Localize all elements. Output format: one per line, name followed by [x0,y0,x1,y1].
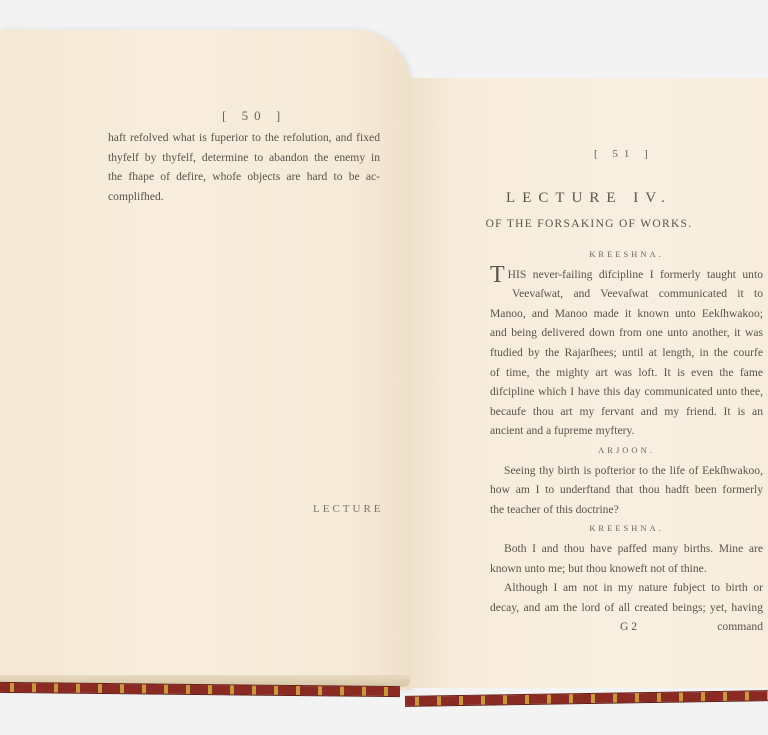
text-line: Veevaſwat, and Veevaſwat communicated it… [490,284,763,304]
paragraph-2: Seeing thy birth is pofterior to the lif… [490,461,763,520]
text-line: the teacher of this doctrine? [490,500,763,520]
speaker-heading: ARJOON. [490,441,763,461]
text-line: Seeing thy birth is pofterior to the lif… [490,461,763,481]
page-footer: G 2 command [490,617,763,637]
text-line: HIS never-failing difcipline I formerly … [490,265,763,285]
paragraph-4: Although I am not in my nature fubject t… [490,578,763,617]
text-line: ancient and a fupreme myftery. [490,421,763,441]
text-line: Although I am not in my nature fubject t… [490,578,763,598]
text-line: of time, the mighty art was loft. It is … [490,363,763,383]
left-catchword: LECTURE [313,503,384,515]
left-page-number: [ 50 ] [222,108,286,124]
text-line: complifhed. [108,187,380,207]
text-line: decay, and am the lord of all created be… [490,598,763,618]
lecture-title: LECTURE IV. [410,190,768,207]
text-line: haft refolved what is fuperior to the re… [108,128,380,148]
paragraph-1: T HIS never-failing difcipline I formerl… [490,265,763,441]
speaker-heading: KREESHNA. [490,245,763,265]
binding-right-cover-edge [405,690,768,707]
text-line: becaufe thou art my fervant and my frien… [490,402,763,422]
right-page-text: KREESHNA. T HIS never-failing difcipline… [490,245,763,637]
text-line: Both I and thou have paffed many births.… [490,539,763,559]
text-line: difcipline which I have this day communi… [490,382,763,402]
right-page-number: [ 51 ] [594,148,654,160]
left-page-text: haft refolved what is fuperior to the re… [108,128,380,206]
paragraph-3: Both I and thou have paffed many births.… [490,539,763,578]
right-catchword: command [717,617,763,637]
text-line: the fhape of defire, whofe objects are h… [108,167,380,187]
text-line: Manoo, and Manoo made it known unto Eekſ… [490,304,763,324]
text-line: ftudied by the Rajarſhees; until at leng… [490,343,763,363]
lecture-subtitle: OF THE FORSAKING OF WORKS. [410,218,768,230]
speaker-heading: KREESHNA. [490,519,763,539]
text-line: how am I to underftand that thou hadft b… [490,480,763,500]
text-line: known unto me; but thou knoweft not of t… [490,559,763,579]
text-line: and being delivered down from one unto a… [490,323,763,343]
drop-cap: T [490,267,505,283]
text-line: thyfelf by thyfelf, determine to abandon… [108,148,380,168]
signature-mark: G 2 [620,617,637,637]
